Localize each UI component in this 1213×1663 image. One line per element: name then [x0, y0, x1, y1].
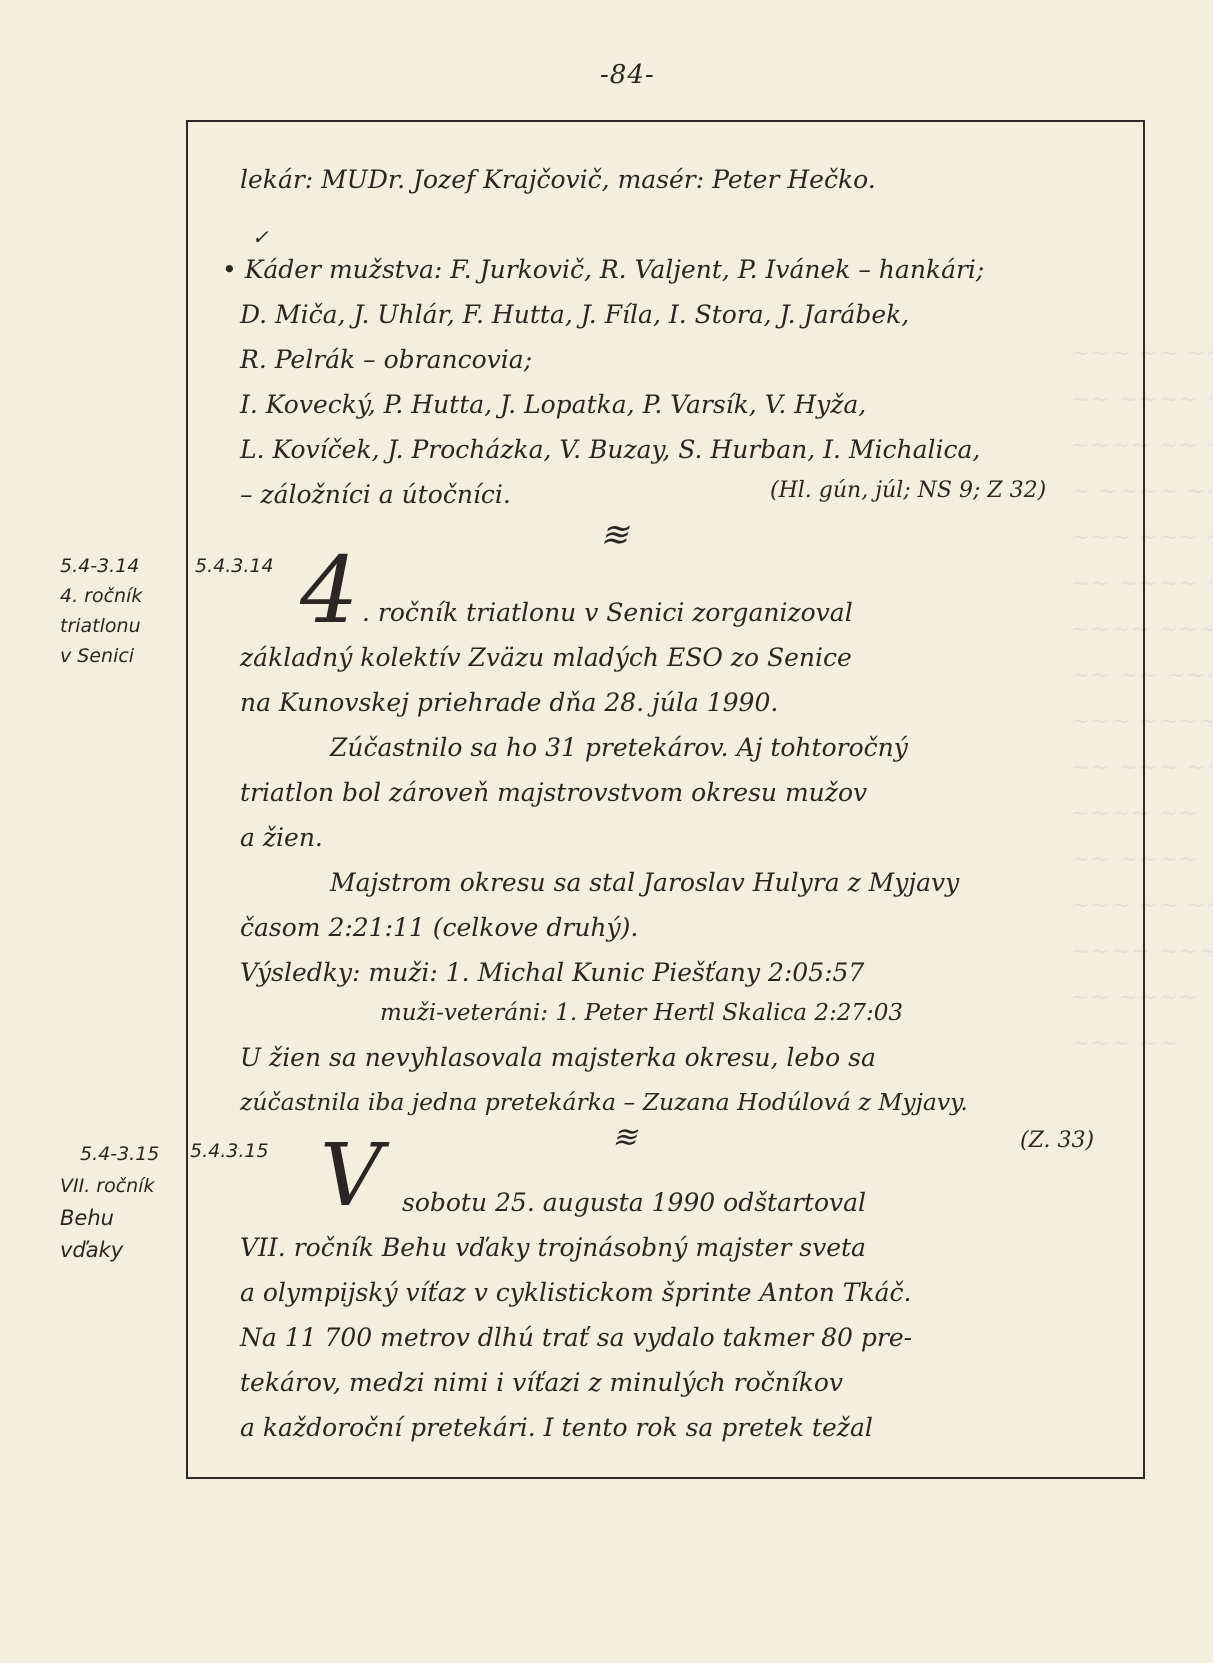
squad-line-2: D. Miča, J. Uhlár, F. Hutta, J. Fíla, I.…	[240, 300, 909, 329]
inline-code-2: 5.4.3.15	[190, 1140, 269, 1162]
margin-title-1c: v Senici	[60, 642, 134, 670]
section1-line-1: . ročník triatlonu v Senici zorganizoval	[362, 598, 853, 627]
margin-title-1a: 4. ročník	[60, 582, 142, 610]
squad-line-6: – záložníci a útočníci.	[240, 480, 511, 509]
checkmark-icon: ✓	[252, 225, 269, 249]
section1-line-4: Zúčastnilo sa ho 31 pretekárov. Aj tohto…	[330, 733, 908, 762]
section2-line-1: sobotu 25. augusta 1990 odštartoval	[402, 1188, 866, 1217]
margin-code-1: 5.4-3.14	[60, 552, 139, 580]
section1-line-7: Majstrom okresu sa stal Jaroslav Hulyra …	[330, 868, 959, 897]
section2-line-5: tekárov, medzi nimi i víťazi z minulých …	[240, 1368, 843, 1397]
dropcap-v: V	[320, 1130, 382, 1222]
section1-line-5: triatlon bol zároveň majstrovstvom okres…	[240, 778, 867, 807]
section-divider-icon: ≋	[600, 515, 629, 555]
squad-line-5: L. Kovíček, J. Procházka, V. Buzay, S. H…	[240, 435, 980, 464]
margin-title-2a: VII. ročník	[60, 1172, 155, 1200]
section2-line-4: Na 11 700 metrov dlhú trať sa vydalo tak…	[240, 1323, 912, 1352]
section1-results-men: Výsledky: muži: 1. Michal Kunic Piešťany…	[240, 958, 864, 987]
margin-title-1b: triatlonu	[60, 612, 141, 640]
inline-code-1: 5.4.3.14	[195, 555, 274, 577]
section1-results-veterans: muži-veteráni: 1. Peter Hertl Skalica 2:…	[380, 1000, 903, 1026]
section1-line-6: a žien.	[240, 823, 323, 852]
section1-line-8: časom 2:21:11 (celkove druhý).	[240, 913, 638, 942]
margin-title-2c: vďaky	[60, 1236, 123, 1264]
section1-line-12: zúčastnila iba jedna pretekárka – Zuzana…	[240, 1088, 968, 1116]
staff-line: lekár: MUDr. Jozef Krajčovič, masér: Pet…	[240, 165, 876, 194]
page-number: -84-	[600, 60, 655, 90]
squad-line-4: I. Kovecký, P. Hutta, J. Lopatka, P. Var…	[240, 390, 866, 419]
section1-source: (Z. 33)	[1020, 1128, 1094, 1153]
dropcap-4: 4	[300, 545, 359, 637]
section1-line-11: U žien sa nevyhlasovala majsterka okresu…	[240, 1043, 876, 1072]
section1-line-2: základný kolektív Zväzu mladých ESO zo S…	[240, 643, 852, 672]
section2-line-6: a každoroční pretekári. I tento rok sa p…	[240, 1413, 873, 1442]
section2-line-2: VII. ročník Behu vďaky trojnásobný majst…	[240, 1233, 866, 1262]
squad-line-3: R. Pelrák – obrancovia;	[240, 345, 532, 374]
section-divider-icon: ≋	[612, 1120, 637, 1155]
section2-line-3: a olympijský víťaz v cyklistickom šprint…	[240, 1278, 911, 1307]
margin-code-2: 5.4-3.15	[80, 1140, 159, 1168]
section1-line-3: na Kunovskej priehrade dňa 28. júla 1990…	[240, 688, 778, 717]
margin-title-2b: Behu	[60, 1204, 114, 1232]
squad-source: (Hl. gún, júl; NS 9; Z 32)	[770, 478, 1046, 503]
squad-line-1: • Káder mužstva: F. Jurkovič, R. Valjent…	[222, 255, 984, 284]
